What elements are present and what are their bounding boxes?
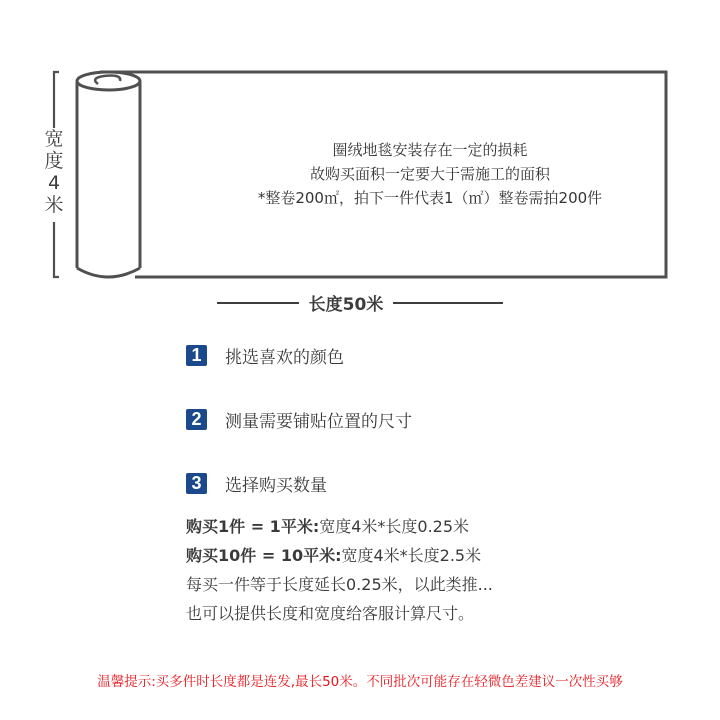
length-line-left [217, 302, 299, 304]
loss-notice: 圈绒地毯安装存在一定的损耗 故购买面积一定要大于需施工的面积 *整卷200㎡，拍… [200, 138, 660, 210]
detail-line-1: 购买1件 = 1平米:宽度4米*长度0.25米 [186, 512, 493, 541]
step-1: 1 挑选喜欢的颜色 [186, 342, 412, 368]
step-number-badge: 1 [186, 345, 207, 366]
carpet-roll-icon [77, 72, 140, 277]
width-label: 宽 度 4 米 [40, 128, 68, 216]
detail-text: 宽度4米*长度2.5米 [341, 546, 481, 565]
width-label-char: 度 [44, 150, 63, 172]
step-label: 挑选喜欢的颜色 [225, 343, 344, 368]
width-label-char: 米 [44, 194, 63, 216]
length-line-right [393, 302, 503, 304]
length-text: 长度50米 [309, 290, 384, 315]
detail-bold: 购买10件 = 10平米: [186, 546, 341, 565]
width-label-char: 4 [48, 172, 60, 194]
length-label: 长度50米 [0, 290, 720, 315]
notice-line: *整卷200㎡，拍下一件代表1（㎡）整卷需拍200件 [200, 186, 660, 210]
width-label-char: 宽 [44, 128, 63, 150]
detail-bold: 购买1件 = 1平米: [186, 517, 319, 536]
detail-line-2: 购买10件 = 10平米:宽度4米*长度2.5米 [186, 541, 493, 570]
notice-line: 故购买面积一定要大于需施工的面积 [200, 162, 660, 186]
detail-line-3: 每买一件等于长度延长0.25米，以此类推... [186, 570, 493, 599]
step-number-badge: 3 [186, 473, 207, 494]
detail-text: 宽度4米*长度0.25米 [319, 517, 469, 536]
quantity-details: 购买1件 = 1平米:宽度4米*长度0.25米 购买10件 = 10平米:宽度4… [186, 512, 493, 628]
purchase-steps: 1 挑选喜欢的颜色 2 测量需要铺贴位置的尺寸 3 选择购买数量 [186, 342, 412, 534]
notice-line: 圈绒地毯安装存在一定的损耗 [200, 138, 660, 162]
step-label: 选择购买数量 [225, 471, 327, 496]
step-label: 测量需要铺贴位置的尺寸 [225, 407, 412, 432]
step-number-badge: 2 [186, 409, 207, 430]
step-3: 3 选择购买数量 [186, 470, 412, 496]
detail-line-4: 也可以提供长度和宽度给客服计算尺寸。 [186, 599, 493, 628]
warm-tip: 温馨提示:买多件时长度都是连发,最长50米。不同批次可能存在轻微色差建议一次性买… [0, 670, 720, 690]
step-2: 2 测量需要铺贴位置的尺寸 [186, 406, 412, 432]
